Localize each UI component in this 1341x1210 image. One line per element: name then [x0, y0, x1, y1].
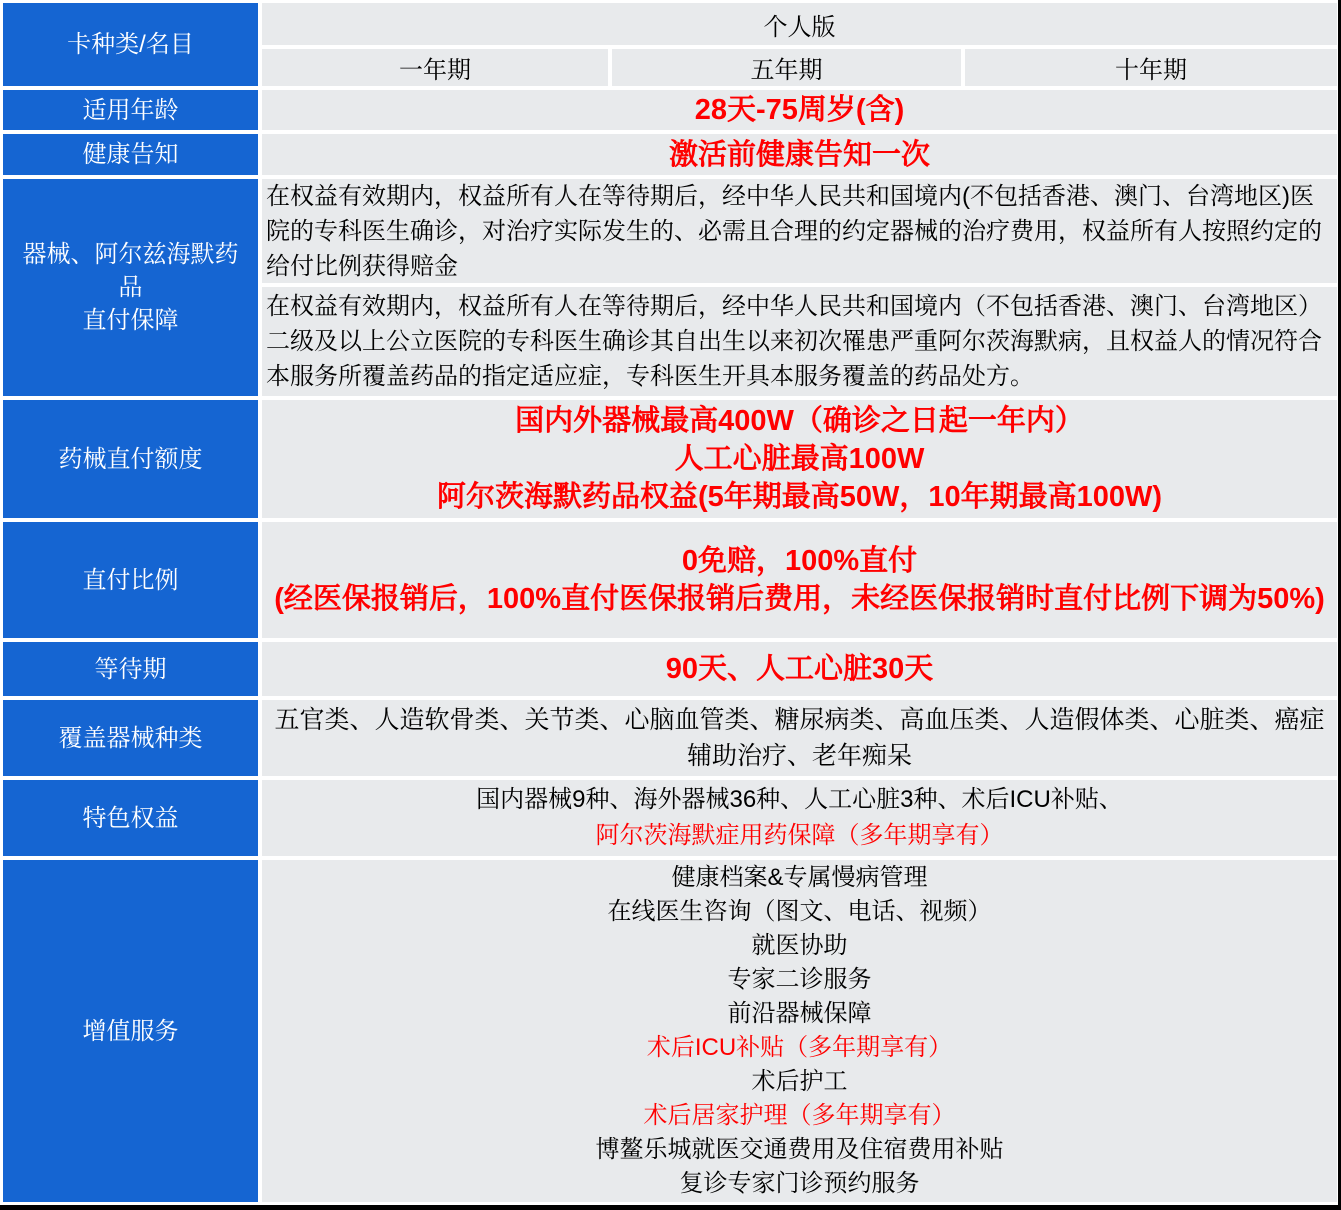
payment-limit-cell: 国内外器械最高400W（确诊之日起一年内） 人工心脏最高100W 阿尔茨海默药品… [262, 400, 1337, 518]
limit-line: 人工心脏最高100W [675, 440, 925, 478]
ratio-line: (经医保报销后，100%直付医保报销后费用，未经医保报销时直付比例下调为50%) [274, 580, 1325, 618]
row-label-covered-devices: 覆盖器械种类 [3, 700, 258, 776]
service-item: 博鳌乐城就医交通费用及住宿费用补贴 [596, 1133, 1004, 1167]
service-item: 健康档案&专属慢病管理 [671, 861, 927, 895]
age-value: 28天-75周岁(含) [695, 91, 905, 129]
service-item: 术后护工 [752, 1065, 848, 1099]
row-label-waiting-period: 等待期 [3, 642, 258, 696]
covered-devices-value: 五官类、人造软骨类、关节类、心脑血管类、糖尿病类、高血压类、人造假体类、心脏类、… [274, 702, 1325, 774]
service-item-red: 术后居家护理（多年期享有） [644, 1099, 956, 1133]
header-edition-cell: 个人版 [262, 3, 1337, 45]
row-label-card-type: 卡种类/名目 [3, 3, 258, 86]
ratio-line: 0免赔，100%直付 [682, 542, 917, 580]
paragraph-text: 在权益有效期内，权益所有人在等待期后，经中华人民共和国境内(不包括香港、澳门、台… [266, 179, 1333, 284]
term-text: 十年期 [1115, 50, 1187, 85]
term-text: 五年期 [751, 50, 823, 85]
term-text: 一年期 [399, 50, 471, 85]
waiting-period-cell: 90天、人工心脏30天 [262, 642, 1337, 696]
age-value-cell: 28天-75周岁(含) [262, 90, 1337, 130]
row-label-text: 增值服务 [83, 1015, 179, 1048]
row-label-value-added-services: 增值服务 [3, 860, 258, 1202]
service-item: 复诊专家门诊预约服务 [680, 1167, 920, 1201]
insurance-comparison-table: 卡种类/名目 适用年龄 健康告知 器械、阿尔兹海默药品 直付保障 药械直付额度 … [0, 0, 1341, 1210]
table-bottom-border [0, 1205, 1341, 1210]
row-label-text: 特色权益 [83, 802, 179, 835]
health-notice-value: 激活前健康告知一次 [669, 136, 930, 174]
row-label-text: 健康告知 [83, 138, 179, 171]
device-benefit-paragraph-1: 在权益有效期内，权益所有人在等待期后，经中华人民共和国境内(不包括香港、澳门、台… [262, 179, 1337, 283]
row-label-health-notice: 健康告知 [3, 134, 258, 175]
health-notice-value-cell: 激活前健康告知一次 [262, 134, 1337, 175]
row-label-text: 卡种类/名目 [67, 28, 194, 61]
row-label-payment-ratio: 直付比例 [3, 522, 258, 638]
special-benefits-line-red: 阿尔茨海默症用药保障（多年期享有） [596, 818, 1004, 854]
header-term-1year: 一年期 [262, 49, 608, 86]
row-label-text-line2: 直付保障 [83, 304, 179, 337]
waiting-period-value: 90天、人工心脏30天 [666, 650, 934, 688]
special-benefits-line: 国内器械9种、海外器械36种、人工心脏3种、术后ICU补贴、 [476, 782, 1123, 818]
row-label-text: 器械、阿尔兹海默药品 [11, 238, 250, 304]
row-label-text: 覆盖器械种类 [59, 722, 203, 755]
payment-ratio-cell: 0免赔，100%直付 (经医保报销后，100%直付医保报销后费用，未经医保报销时… [262, 522, 1337, 638]
row-label-text: 直付比例 [83, 564, 179, 597]
row-label-device-benefit: 器械、阿尔兹海默药品 直付保障 [3, 179, 258, 396]
service-item: 在线医生咨询（图文、电话、视频） [608, 895, 992, 929]
service-item: 就医协助 [752, 929, 848, 963]
row-label-text: 适用年龄 [83, 94, 179, 127]
limit-line: 国内外器械最高400W（确诊之日起一年内） [515, 402, 1084, 440]
row-label-payment-limit: 药械直付额度 [3, 400, 258, 518]
paragraph-text: 在权益有效期内，权益所有人在等待期后，经中华人民共和国境内（不包括香港、澳门、台… [266, 289, 1333, 394]
device-benefit-paragraph-2: 在权益有效期内，权益所有人在等待期后，经中华人民共和国境内（不包括香港、澳门、台… [262, 287, 1337, 396]
header-term-10year: 十年期 [965, 49, 1337, 86]
limit-line: 阿尔茨海默药品权益(5年期最高50W，10年期最高100W) [437, 478, 1162, 516]
service-item-red: 术后ICU补贴（多年期享有） [647, 1031, 952, 1065]
service-item: 专家二诊服务 [728, 963, 872, 997]
row-label-text: 药械直付额度 [59, 443, 203, 476]
edition-text: 个人版 [764, 7, 836, 42]
row-label-text: 等待期 [95, 653, 167, 686]
row-label-special-benefits: 特色权益 [3, 780, 258, 856]
value-added-services-cell: 健康档案&专属慢病管理 在线医生咨询（图文、电话、视频） 就医协助 专家二诊服务… [262, 860, 1337, 1202]
special-benefits-cell: 国内器械9种、海外器械36种、人工心脏3种、术后ICU补贴、 阿尔茨海默症用药保… [262, 780, 1337, 856]
service-item: 前沿器械保障 [728, 997, 872, 1031]
header-term-5year: 五年期 [612, 49, 961, 86]
covered-devices-cell: 五官类、人造软骨类、关节类、心脑血管类、糖尿病类、高血压类、人造假体类、心脏类、… [262, 700, 1337, 776]
row-label-age: 适用年龄 [3, 90, 258, 130]
